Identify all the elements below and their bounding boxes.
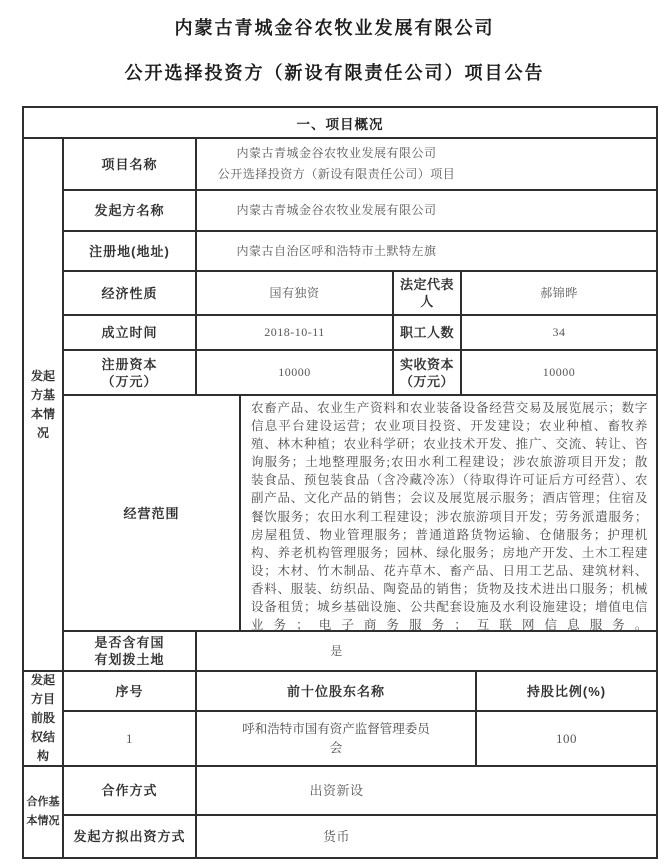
paid-in-capital-value: 10000 — [462, 351, 656, 394]
employee-count-value: 34 — [462, 316, 656, 349]
document-title-block: 内蒙古青城金谷农牧业发展有限公司 公开选择投资方（新设有限责任公司）项目公告 — [0, 0, 669, 86]
economic-nature-value: 国有独资 — [197, 272, 394, 314]
shareholder-ratio-header: 持股比例(%) — [477, 672, 656, 710]
registered-address-value: 内蒙古自治区呼和浩特市土默特左旗 — [197, 232, 656, 270]
registered-capital-value: 10000 — [197, 351, 394, 394]
row-registered-address: 注册地(地址) 内蒙古自治区呼和浩特市土默特左旗 — [24, 230, 656, 270]
sponsor-name-label: 发起方名称 — [64, 191, 197, 230]
row-established-date: 成立时间 2018-10-11 职工人数 34 — [24, 314, 656, 349]
side-label-equity-structure: 发起 方目 前股 权结 构 — [24, 670, 64, 765]
shareholder-index-header: 序号 — [64, 672, 197, 710]
announcement-page: 内蒙古青城金谷农牧业发展有限公司 公开选择投资方（新设有限责任公司）项目公告 一… — [0, 0, 669, 859]
sponsor-name-value: 内蒙古青城金谷农牧业发展有限公司 — [197, 191, 656, 230]
row-sponsor-name: 发起方名称 内蒙古青城金谷农牧业发展有限公司 — [24, 189, 656, 230]
row-registered-capital: 注册资本 （万元） 10000 实收资本 （万元） 10000 — [24, 349, 656, 394]
business-scope-value: 农畜产品、农业生产资料和农业装备设备经营交易及展览展示；数字信息平台建设运营；农… — [241, 396, 656, 630]
employee-count-label: 职工人数 — [394, 316, 462, 349]
row-funding-mode: 发起方拟出资方式 货币 — [24, 814, 656, 857]
registered-capital-label: 注册资本 （万元） — [64, 351, 197, 394]
row-project-name: 项目名称 内蒙古青城金谷农牧业发展有限公司 公开选择投资方（新设有限责任公司）项… — [24, 139, 656, 189]
row-shareholder-header: 序号 前十位股东名称 持股比例(%) — [24, 670, 656, 710]
economic-nature-label: 经济性质 — [64, 272, 197, 314]
project-name-value: 内蒙古青城金谷农牧业发展有限公司 公开选择投资方（新设有限责任公司）项目 — [197, 139, 656, 189]
page-title-line1: 内蒙古青城金谷农牧业发展有限公司 — [0, 16, 669, 41]
registered-address-label: 注册地(地址) — [64, 232, 197, 270]
project-overview-table: 一、项目概况 项目名称 内蒙古青城金谷农牧业发展有限公司 公开选择投资方（新设有… — [22, 106, 658, 859]
business-scope-label: 经营范围 — [64, 396, 241, 630]
paid-in-capital-label: 实收资本 （万元） — [394, 351, 462, 394]
funding-mode-label: 发起方拟出资方式 — [64, 816, 197, 857]
row-economic-nature: 经济性质 国有独资 法定代表 人 郝锦晔 — [24, 270, 656, 314]
legal-representative-label: 法定代表 人 — [394, 272, 462, 314]
cooperation-mode-value: 出资新设 — [197, 767, 656, 814]
shareholder-index-value: 1 — [64, 712, 197, 765]
established-date-label: 成立时间 — [64, 316, 197, 349]
page-title-line2: 公开选择投资方（新设有限责任公司）项目公告 — [0, 61, 669, 86]
shareholder-name-value: 呼和浩特市国有资产监督管理委员会 — [197, 712, 477, 765]
established-date-value: 2018-10-11 — [197, 316, 394, 349]
legal-representative-value: 郝锦晔 — [462, 272, 656, 314]
row-business-scope: 经营范围 农畜产品、农业生产资料和农业装备设备经营交易及展览展示；数字信息平台建… — [24, 394, 656, 630]
funding-mode-value: 货币 — [197, 816, 656, 857]
side-label-cooperation-basic-info: 合作基 本情况 — [24, 765, 64, 857]
row-allocated-land: 是否含有国 有划拨土地 是 — [24, 630, 656, 670]
allocated-land-value: 是 — [197, 632, 656, 670]
section-header-text: 一、项目概况 — [297, 113, 384, 133]
project-name-label: 项目名称 — [64, 139, 197, 189]
row-shareholder-1: 1 呼和浩特市国有资产监督管理委员会 100 — [24, 710, 656, 765]
cooperation-mode-label: 合作方式 — [64, 767, 197, 814]
allocated-land-label: 是否含有国 有划拨土地 — [64, 632, 197, 670]
shareholder-ratio-value: 100 — [477, 712, 656, 765]
side-label-sponsor-basic-info: 发起 方基 本情 况 — [24, 139, 64, 670]
section-header-row: 一、项目概况 — [24, 108, 656, 139]
row-cooperation-mode: 合作方式 出资新设 — [24, 765, 656, 814]
shareholder-name-header: 前十位股东名称 — [197, 672, 477, 710]
